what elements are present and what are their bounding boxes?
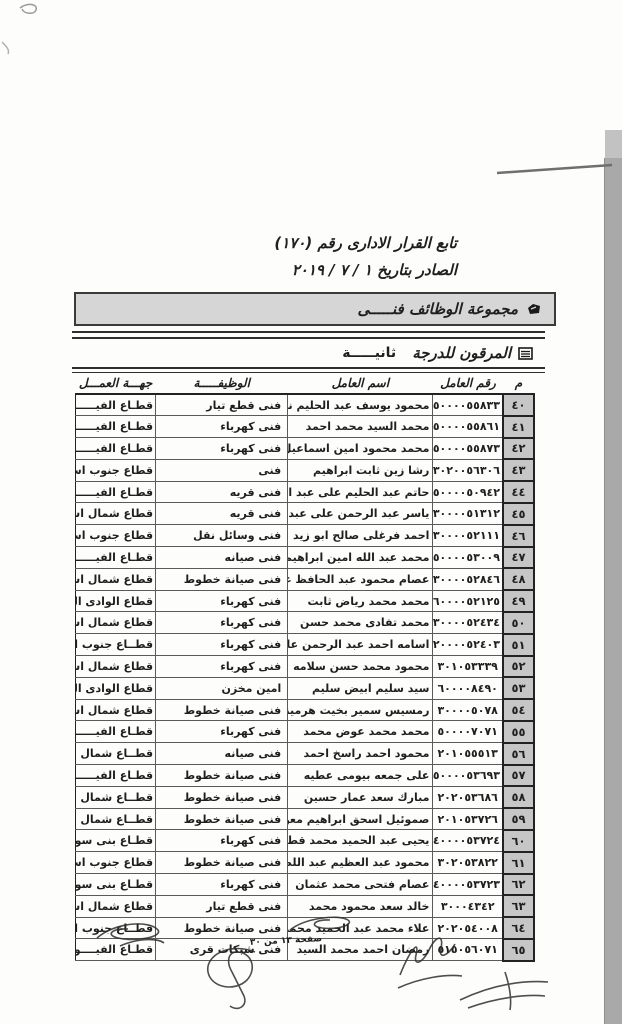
worker-name-cell: محمد محمد عوض محمد xyxy=(288,721,433,743)
worker-number-cell: ٦٠٠٠٠٥٢١٢٥ xyxy=(433,590,503,612)
job-cell: فنى صيانة خطوط xyxy=(156,699,288,721)
table-row: ٤٦ ٣٠٠٠٠٥٢١١١ احمد فرغلى صالح ابو زيد فن… xyxy=(76,525,535,547)
section-grade: ثانيـــــة xyxy=(342,345,396,361)
serial-cell: ٦٥ xyxy=(503,939,534,961)
serial-cell: ٥٩ xyxy=(503,808,534,830)
workplace-cell: قطاع الوادى الجديد xyxy=(76,677,156,699)
job-cell: فنى كهرباء xyxy=(156,438,288,460)
employees-table: م رقم العامل اسم العامل الوظيفـــــة جهـ… xyxy=(75,373,535,962)
section-title: المرقون للدرجة xyxy=(412,344,511,362)
serial-cell: ٤٥ xyxy=(503,503,534,525)
table-row: ٤٠ ٥٠٠٠٠٥٥٨٣٣ محمود يوسف عبد الحليم نور … xyxy=(76,394,535,416)
table-row: ٥٥ ٥٠٠٠٠٧٠٧١ محمد محمد عوض محمد فنى كهرب… xyxy=(76,721,535,743)
serial-cell: ٤٧ xyxy=(503,547,534,569)
worker-name-cell: محمود عبد العظيم عبد اللطيف اسماعيل xyxy=(288,852,433,874)
table-row: ٤٧ ٥٠٠٠٠٥٣٠٠٩ محمد عبد الله امين ابراهيم… xyxy=(76,547,535,569)
table-row: ٥٩ ٢٠١٠٥٣٧٢٦ صموئيل اسحق ابراهيم معوض فن… xyxy=(76,808,535,830)
job-cell: فنى صيانة خطوط xyxy=(156,852,288,874)
job-cell: فنى كهرباء xyxy=(156,416,288,438)
worker-name-cell: عصام فتحى محمد عثمان xyxy=(288,874,433,896)
workplace-cell: قطـاع الفيـــــوم xyxy=(76,481,156,503)
serial-cell: ٤٠ xyxy=(503,394,534,416)
workplace-cell: قطـاع الفيـــــوم xyxy=(76,547,156,569)
workplace-cell: قطاع شمال اسيوط xyxy=(76,503,156,525)
workplace-cell: قطـاع الفيـــــوم xyxy=(76,438,156,460)
job-cell: فنى xyxy=(156,459,288,481)
job-cell: فنى صيانة خطوط xyxy=(156,808,288,830)
worker-number-cell: ٥٠٠٠٠٥٣٠٠٩ xyxy=(433,547,503,569)
table-row: ٦٢ ٤٠٠٠٠٥٣٧٢٣ عصام فتحى محمد عثمان فنى ك… xyxy=(76,874,535,896)
table-row: ٦٣ ٣٠٠٠٤٣٤٢ خالد سعد محمود محمد فنى قطع … xyxy=(76,895,535,917)
serial-cell: ٥٢ xyxy=(503,656,534,678)
table-row: ٤٥ ٣٠٠٠٠٥١٣١٢ ياسر عبد الرحمن على عبد ال… xyxy=(76,503,535,525)
worker-number-cell: ٥١٥٠٥٦٠٧١ xyxy=(433,939,503,961)
worker-number-cell: ٣٠٠٠٠٥٢١١١ xyxy=(433,525,503,547)
workplace-cell: قطــاع شمال المنيا xyxy=(76,808,156,830)
table-row: ٥١ ٢٠٠٠٠٥٢٤٠٣ اسامه احمد عبد الرحمن على … xyxy=(76,634,535,656)
table-row: ٤٢ ٥٠٠٠٠٥٥٨٧٣ محمد محمود امين اسماعيل فن… xyxy=(76,438,535,460)
worker-number-cell: ٢٠٢٠٥٣٦٨٦ xyxy=(433,786,503,808)
job-cell: فنى كهرباء xyxy=(156,830,288,852)
worker-number-cell: ٣٠٠٠٠٥٢٨٤٦ xyxy=(433,568,503,590)
worker-number-cell: ٥٠٠٠٠٧٠٧١ xyxy=(433,721,503,743)
worker-name-cell: محمد عبد الله امين ابراهيم xyxy=(288,547,433,569)
worker-name-cell: عصام محمود عبد الحافظ علام xyxy=(288,568,433,590)
decision-title: تابع القرار الادارى رقم (١٧٠) xyxy=(147,230,457,257)
table-row: ٦٠ ٤٠٠٠٠٥٣٧٢٤ يحيى عبد الحميد محمد قطب ف… xyxy=(76,830,535,852)
worker-number-cell: ٣٠٠٠٠٥١٣١٢ xyxy=(433,503,503,525)
worker-name-cell: محمد محمد رياض ثابت xyxy=(288,590,433,612)
workplace-cell: قطاع جنوب اسيوط xyxy=(76,459,156,481)
divider-double-rule xyxy=(72,331,545,339)
table-row: ٥٢ ٣٠١٠٥٣٣٣٩ محمود محمد حسن سلامه فنى كه… xyxy=(76,656,535,678)
serial-cell: ٤١ xyxy=(503,416,534,438)
table-row: ٦١ ٣٠٢٠٥٣٨٢٢ محمود عبد العظيم عبد اللطيف… xyxy=(76,852,535,874)
worker-number-cell: ٥٠٠٠٠٥٥٨٣٣ xyxy=(433,394,503,416)
worker-name-cell: محمود محمد حسن سلامه xyxy=(288,656,433,678)
job-cell: فنى وسائل نقل xyxy=(156,525,288,547)
worker-number-cell: ٥٠٠٠٠٥٣٦٩٣ xyxy=(433,765,503,787)
table-row: ٥٤ ٣٠٠٠٠٥٠٧٨ رمسيس سمير بخيت هرمينا فنى … xyxy=(76,699,535,721)
serial-cell: ٦٢ xyxy=(503,874,534,896)
serial-cell: ٤٦ xyxy=(503,525,534,547)
serial-cell: ٦٣ xyxy=(503,895,534,917)
table-row: ٥٠ ٣٠٠٠٠٥٢٤٣٤ محمد تفادى محمد حسن فنى كه… xyxy=(76,612,535,634)
col-header-job: الوظيفـــــة xyxy=(156,373,288,394)
serial-cell: ٤٣ xyxy=(503,459,534,481)
job-cell: فنى كهرباء xyxy=(156,874,288,896)
worker-name-cell: يحيى عبد الحميد محمد قطب xyxy=(288,830,433,852)
serial-cell: ٥٣ xyxy=(503,677,534,699)
table-row: ٥٧ ٥٠٠٠٠٥٣٦٩٣ على جمعه بيومى عطيه فنى صي… xyxy=(76,765,535,787)
serial-cell: ٤٢ xyxy=(503,438,534,460)
signature-scribble xyxy=(460,972,548,1010)
workplace-cell: قطـاع بنى سويـــف xyxy=(76,874,156,896)
worker-name-cell: احمد فرغلى صالح ابو زيد xyxy=(288,525,433,547)
workplace-cell: قطـاع الفيــــوم xyxy=(76,939,156,961)
workplace-cell: قطــاع شمال المنيا xyxy=(76,786,156,808)
worker-number-cell: ٥٠٠٠٠٥٠٩٤٢ xyxy=(433,481,503,503)
serial-cell: ٤٤ xyxy=(503,481,534,503)
job-group-title: مجموعة الوظائف فنـــــى xyxy=(358,300,518,318)
serial-cell: ٥٧ xyxy=(503,765,534,787)
job-cell: فنى صيانة خطوط xyxy=(156,917,288,939)
col-header-worker-name: اسم العامل xyxy=(288,373,433,394)
serial-cell: ٥٠ xyxy=(503,612,534,634)
col-header-worker-number: رقم العامل xyxy=(433,373,503,394)
worker-number-cell: ٢٠٢٠٥٤٠٠٨ xyxy=(433,917,503,939)
workplace-cell: قطاع جنوب اسيوط xyxy=(76,525,156,547)
workplace-cell: قطــاع شمال المنيا xyxy=(76,743,156,765)
serial-cell: ٥٤ xyxy=(503,699,534,721)
worker-name-cell: محمود يوسف عبد الحليم نور الدين xyxy=(288,394,433,416)
job-cell: فنى صيانة خطوط xyxy=(156,786,288,808)
workplace-cell: قطاع شمال اسيوط xyxy=(76,612,156,634)
worker-name-cell: محمد تفادى محمد حسن xyxy=(288,612,433,634)
worker-number-cell: ٣٠٠٠٠٥٠٧٨ xyxy=(433,699,503,721)
workplace-cell: قطاع شمال اسيوط xyxy=(76,699,156,721)
worker-name-cell: حاتم عبد الحليم على عبد الحليم xyxy=(288,481,433,503)
worker-name-cell: رشا زين ثابت ابراهيم xyxy=(288,459,433,481)
serial-cell: ٥١ xyxy=(503,634,534,656)
job-cell: فنى صيانة خطوط xyxy=(156,568,288,590)
worker-name-cell: محمد محمود امين اسماعيل xyxy=(288,438,433,460)
grade-section-heading: المرقون للدرجة ثانيـــــة xyxy=(342,344,533,362)
table-body: ٤٠ ٥٠٠٠٠٥٥٨٣٣ محمود يوسف عبد الحليم نور … xyxy=(76,394,535,961)
worker-name-cell: مبارك سعد عمار حسين xyxy=(288,786,433,808)
workplace-cell: قطاع شمال اسيوط xyxy=(76,895,156,917)
worker-number-cell: ٣٠٠٠٠٥٢٤٣٤ xyxy=(433,612,503,634)
worker-name-cell: على جمعه بيومى عطيه xyxy=(288,765,433,787)
worker-number-cell: ٤٠٠٠٠٥٣٧٢٤ xyxy=(433,830,503,852)
scan-edge-shadow xyxy=(604,158,622,1024)
list-icon xyxy=(518,347,533,360)
serial-cell: ٥٦ xyxy=(503,743,534,765)
worker-name-cell: خالد سعد محمود محمد xyxy=(288,895,433,917)
worker-number-cell: ٤٠٠٠٠٥٣٧٢٣ xyxy=(433,874,503,896)
table-row: ٤٣ ٣٠٢٠٠٥٦٣٠٦ رشا زين ثابت ابراهيم فنى ق… xyxy=(76,459,535,481)
serial-cell: ٥٨ xyxy=(503,786,534,808)
job-cell: فنى قريه xyxy=(156,481,288,503)
job-group-banner: مجموعة الوظائف فنـــــى xyxy=(74,292,556,326)
job-cell: فنى صيانه xyxy=(156,743,288,765)
job-cell: امين مخزن xyxy=(156,677,288,699)
job-cell: فنى كهرباء xyxy=(156,634,288,656)
workplace-cell: قطاع شمال اسيوط xyxy=(76,568,156,590)
workplace-cell: قطاع جنوب اسيوط xyxy=(76,852,156,874)
table-row: ٤٨ ٣٠٠٠٠٥٢٨٤٦ عصام محمود عبد الحافظ علام… xyxy=(76,568,535,590)
scan-artifact xyxy=(2,42,9,54)
job-cell: فنى كهرباء xyxy=(156,612,288,634)
worker-name-cell: صموئيل اسحق ابراهيم معوض xyxy=(288,808,433,830)
worker-name-cell: محمد السيد محمد احمد xyxy=(288,416,433,438)
worker-name-cell: محمود احمد راسخ احمد xyxy=(288,743,433,765)
scanned-document-page: تابع القرار الادارى رقم (١٧٠) الصادر بتا… xyxy=(0,0,622,1024)
table-row: ٤٤ ٥٠٠٠٠٥٠٩٤٢ حاتم عبد الحليم على عبد ال… xyxy=(76,481,535,503)
table-header-row: م رقم العامل اسم العامل الوظيفـــــة جهـ… xyxy=(76,373,535,394)
dingbat-folder-icon xyxy=(527,303,542,316)
scan-edge-shadow-top xyxy=(605,130,622,160)
job-cell: فنى قريه xyxy=(156,503,288,525)
worker-number-cell: ٢٠١٠٥٥٥١٣ xyxy=(433,743,503,765)
table-row: ٤٩ ٦٠٠٠٠٥٢١٢٥ محمد محمد رياض ثابت فنى كه… xyxy=(76,590,535,612)
col-header-workplace: جهـــة العمـــل xyxy=(76,373,156,394)
worker-name-cell: رمسيس سمير بخيت هرمينا xyxy=(288,699,433,721)
serial-cell: ٤٩ xyxy=(503,590,534,612)
worker-number-cell: ٣٠٢٠٠٥٦٣٠٦ xyxy=(433,459,503,481)
worker-number-cell: ٥٠٠٠٠٥٥٨٧٣ xyxy=(433,438,503,460)
worker-number-cell: ٦٠٠٠٠٨٤٩٠ xyxy=(433,677,503,699)
serial-cell: ٥٥ xyxy=(503,721,534,743)
workplace-cell: قطاع الوادى الجديد xyxy=(76,590,156,612)
workplace-cell: قطـاع الفيـــــوم xyxy=(76,416,156,438)
table-row: ٥٦ ٢٠١٠٥٥٥١٣ محمود احمد راسخ احمد فنى صي… xyxy=(76,743,535,765)
job-cell: فنى قطع تيار xyxy=(156,895,288,917)
workplace-cell: قطــاع جنوب المنيا xyxy=(76,917,156,939)
worker-name-cell: ياسر عبد الرحمن على عبد الرحمن xyxy=(288,503,433,525)
worker-number-cell: ٣٠٢٠٥٣٨٢٢ xyxy=(433,852,503,874)
job-cell: فنى كهرباء xyxy=(156,590,288,612)
worker-number-cell: ٣٠١٠٥٣٣٣٩ xyxy=(433,656,503,678)
workplace-cell: قطـاع الفيـــــوم xyxy=(76,765,156,787)
worker-number-cell: ٣٠٠٠٤٣٤٢ xyxy=(433,895,503,917)
job-cell: فنى كهرباء xyxy=(156,656,288,678)
workplace-cell: قطاع شمال اسيوط xyxy=(76,656,156,678)
workplace-cell: قطـاع الفيـــــوم xyxy=(76,721,156,743)
workplace-cell: قطـاع بنى سويـــف xyxy=(76,830,156,852)
table-row: ٤١ ٥٠٠٠٠٥٥٨٦١ محمد السيد محمد احمد فنى ك… xyxy=(76,416,535,438)
job-cell: فنى كهرباء xyxy=(156,721,288,743)
decision-header: تابع القرار الادارى رقم (١٧٠) الصادر بتا… xyxy=(147,230,457,284)
serial-cell: ٦٠ xyxy=(503,830,534,852)
workplace-cell: قطــاع جنوب المنيا xyxy=(76,634,156,656)
worker-number-cell: ٢٠١٠٥٣٧٢٦ xyxy=(433,808,503,830)
serial-cell: ٦٤ xyxy=(503,917,534,939)
worker-name-cell: سيد سليم ابيض سليم xyxy=(288,677,433,699)
decision-date: الصادر بتاريخ ١ / ٧ / ٢٠١٩ xyxy=(147,257,457,284)
job-cell: فنى صيانه xyxy=(156,547,288,569)
serial-cell: ٦١ xyxy=(503,852,534,874)
workplace-cell: قطـاع الفيـــــوم xyxy=(76,394,156,416)
worker-number-cell: ٥٠٠٠٠٥٥٨٦١ xyxy=(433,416,503,438)
worker-name-cell: اسامه احمد عبد الرحمن على xyxy=(288,634,433,656)
job-cell: فنى قطع تيار xyxy=(156,394,288,416)
col-header-serial: م xyxy=(503,373,534,394)
scan-artifact xyxy=(20,4,36,13)
table-row: ٥٣ ٦٠٠٠٠٨٤٩٠ سيد سليم ابيض سليم امين مخز… xyxy=(76,677,535,699)
worker-number-cell: ٢٠٠٠٠٥٢٤٠٣ xyxy=(433,634,503,656)
job-cell: فنى صيانة خطوط xyxy=(156,765,288,787)
serial-cell: ٤٨ xyxy=(503,568,534,590)
table-row: ٥٨ ٢٠٢٠٥٣٦٨٦ مبارك سعد عمار حسين فنى صيا… xyxy=(76,786,535,808)
